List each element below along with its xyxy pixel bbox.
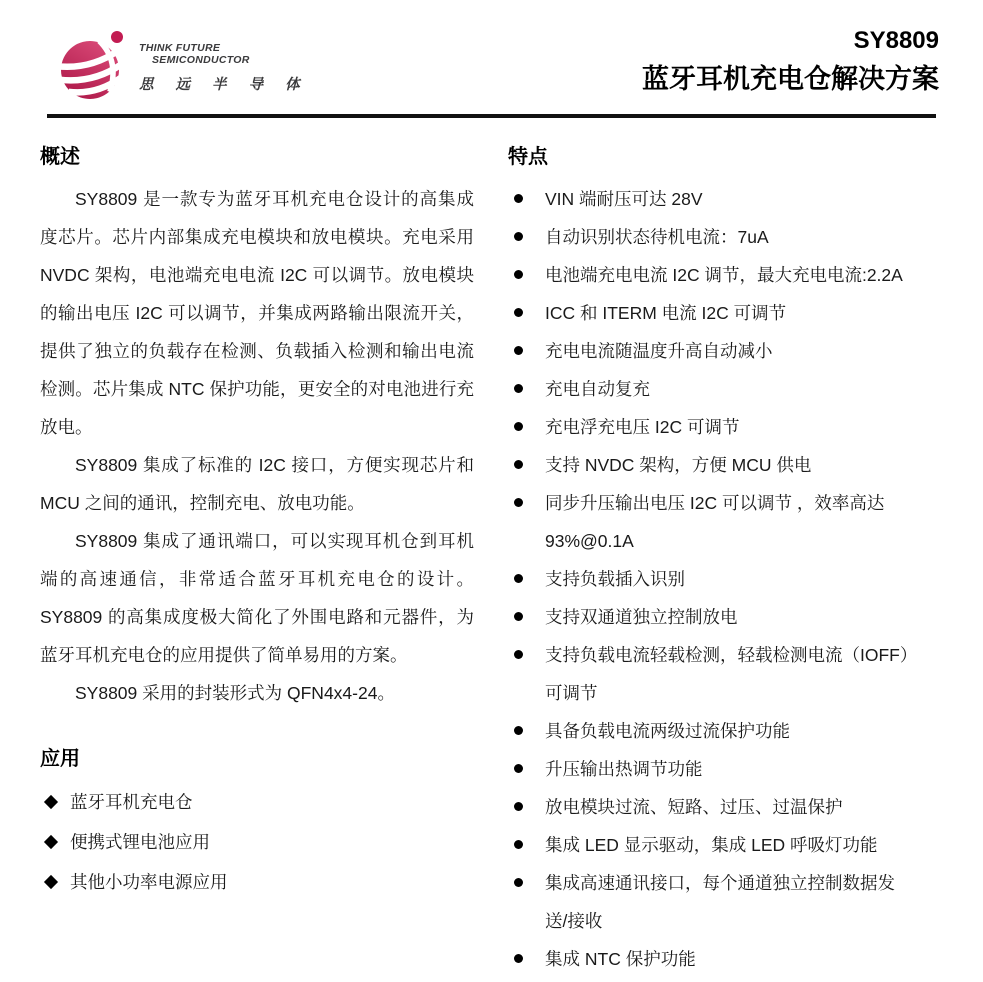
bullet-dot-icon — [514, 840, 523, 849]
application-item: 蓝牙耳机充电仓 — [40, 782, 474, 822]
feature-item-label: 支持双通道独立控制放电 — [545, 598, 945, 636]
feature-item: 充电自动复充 — [508, 370, 945, 408]
bullet-dot-icon — [514, 802, 523, 811]
feature-line: 支持负载电流轻载检测，轻载检测电流（IOFF） — [545, 636, 945, 674]
application-item-label: 便携式锂电池应用 — [70, 822, 210, 862]
feature-item: 充电电流随温度升高自动减小 — [508, 332, 945, 370]
feature-item-label: 集成 LED 显示驱动，集成 LED 呼吸灯功能 — [545, 826, 945, 864]
brand-name-chinese: 思 远 半 导 体 — [139, 73, 309, 94]
overview-heading: 概述 — [40, 143, 474, 171]
application-item: 其他小功率电源应用 — [40, 862, 474, 902]
applications-list: 蓝牙耳机充电仓 便携式锂电池应用 其他小功率电源应用 — [40, 782, 474, 902]
feature-item-label: 电池端充电电流 I2C 调节，最大充电电流:2.2A — [545, 256, 945, 294]
feature-item-label: 具备负载电流两级过流保护功能 — [545, 712, 945, 750]
bullet-diamond-icon — [44, 835, 58, 849]
bullet-dot-icon — [514, 764, 523, 773]
feature-item: 支持 NVDC 架构，方便 MCU 供电 — [508, 446, 945, 484]
features-heading: 特点 — [508, 143, 945, 171]
bullet-dot-icon — [514, 650, 523, 659]
bullet-dot-icon — [514, 232, 523, 241]
feature-item: 升压输出热调节功能 — [508, 750, 945, 788]
header-titles: SY8809 蓝牙耳机充电仓解决方案 — [642, 26, 939, 95]
feature-item-label: VIN 端耐压可达 28V — [545, 180, 945, 218]
application-item-label: 蓝牙耳机充电仓 — [70, 782, 193, 822]
feature-item-label: 放电模块过流、短路、过压、过温保护 — [545, 788, 945, 826]
bullet-dot-icon — [514, 878, 523, 887]
bullet-dot-icon — [514, 194, 523, 203]
feature-item: 集成 NTC 保护功能 — [508, 940, 945, 978]
feature-item: 电池端充电电流 I2C 调节，最大充电电流:2.2A — [508, 256, 945, 294]
bullet-dot-icon — [514, 612, 523, 621]
bullet-dot-icon — [514, 346, 523, 355]
brand-text: THINK FUTURE SEMICONDUCTOR 思 远 半 导 体 — [139, 26, 309, 94]
feature-item-label: 同步升压输出电压 I2C 可以调节 ，效率高达 93%@0.1A — [545, 484, 945, 560]
feature-item: 支持负载电流轻载检测，轻载检测电流（IOFF） 可调节 — [508, 636, 945, 712]
datasheet-page: THINK FUTURE SEMICONDUCTOR 思 远 半 导 体 SY8… — [0, 0, 983, 982]
brand-name-line1: THINK FUTURE — [139, 42, 309, 54]
feature-item-label: 集成高速通讯接口，每个通道独立控制数据发 送/接收 — [545, 864, 945, 940]
application-item: 便携式锂电池应用 — [40, 822, 474, 862]
feature-item: 自动识别状态待机电流：7uA — [508, 218, 945, 256]
feature-item: 支持双通道独立控制放电 — [508, 598, 945, 636]
overview-paragraph-1: SY8809 是一款专为蓝牙耳机充电仓设计的高集成度芯片。芯片内部集成充电模块和… — [40, 180, 474, 446]
page-title: 蓝牙耳机充电仓解决方案 — [642, 63, 939, 95]
content-columns: 概述 SY8809 是一款专为蓝牙耳机充电仓设计的高集成度芯片。芯片内部集成充电… — [0, 118, 983, 978]
feature-item: 同步升压输出电压 I2C 可以调节 ，效率高达 93%@0.1A — [508, 484, 945, 560]
feature-item-label: 升压输出热调节功能 — [545, 750, 945, 788]
overview-paragraph-4: SY8809 采用的封装形式为 QFN4x4-24。 — [40, 674, 474, 712]
bullet-dot-icon — [514, 726, 523, 735]
right-column: 特点 VIN 端耐压可达 28V 自动识别状态待机电流：7uA 电池端充电电流 … — [508, 143, 945, 978]
bullet-dot-icon — [514, 498, 523, 507]
feature-line: 93%@0.1A — [545, 522, 945, 560]
feature-item: 集成高速通讯接口，每个通道独立控制数据发 送/接收 — [508, 864, 945, 940]
feature-item-label: 充电电流随温度升高自动减小 — [545, 332, 945, 370]
application-item-label: 其他小功率电源应用 — [70, 862, 228, 902]
feature-item: VIN 端耐压可达 28V — [508, 180, 945, 218]
brand-globe-icon — [55, 26, 129, 102]
bullet-dot-icon — [514, 460, 523, 469]
bullet-dot-icon — [514, 574, 523, 583]
feature-item: ICC 和 ITERM 电流 I2C 可调节 — [508, 294, 945, 332]
bullet-dot-icon — [514, 384, 523, 393]
feature-item: 放电模块过流、短路、过压、过温保护 — [508, 788, 945, 826]
bullet-dot-icon — [514, 954, 523, 963]
overview-paragraph-2: SY8809 集成了标准的 I2C 接口，方便实现芯片和 MCU 之间的通讯，控… — [40, 446, 474, 522]
feature-item-label: 充电浮充电压 I2C 可调节 — [545, 408, 945, 446]
feature-item: 集成 LED 显示驱动，集成 LED 呼吸灯功能 — [508, 826, 945, 864]
feature-line: 集成高速通讯接口，每个通道独立控制数据发 — [545, 864, 945, 902]
features-list: VIN 端耐压可达 28V 自动识别状态待机电流：7uA 电池端充电电流 I2C… — [508, 180, 945, 978]
bullet-dot-icon — [514, 422, 523, 431]
applications-heading: 应用 — [40, 745, 474, 773]
feature-item-label: 支持负载电流轻载检测，轻载检测电流（IOFF） 可调节 — [545, 636, 945, 712]
overview-paragraph-3: SY8809 集成了通讯端口，可以实现耳机仓到耳机端的高速通信，非常适合蓝牙耳机… — [40, 522, 474, 674]
brand-logo: THINK FUTURE SEMICONDUCTOR 思 远 半 导 体 — [55, 26, 309, 102]
bullet-dot-icon — [514, 270, 523, 279]
bullet-diamond-icon — [44, 795, 58, 809]
feature-item-label: 支持 NVDC 架构，方便 MCU 供电 — [545, 446, 945, 484]
header: THINK FUTURE SEMICONDUCTOR 思 远 半 导 体 SY8… — [0, 0, 983, 102]
feature-line: 可调节 — [545, 674, 945, 712]
feature-line: 送/接收 — [545, 902, 945, 940]
feature-item-label: ICC 和 ITERM 电流 I2C 可调节 — [545, 294, 945, 332]
bullet-diamond-icon — [44, 875, 58, 889]
feature-item: 支持负载插入识别 — [508, 560, 945, 598]
bullet-dot-icon — [514, 308, 523, 317]
feature-item-label: 充电自动复充 — [545, 370, 945, 408]
feature-line: 同步升压输出电压 I2C 可以调节 ，效率高达 — [545, 484, 945, 522]
left-column: 概述 SY8809 是一款专为蓝牙耳机充电仓设计的高集成度芯片。芯片内部集成充电… — [40, 143, 474, 978]
feature-item: 具备负载电流两级过流保护功能 — [508, 712, 945, 750]
feature-item-label: 支持负载插入识别 — [545, 560, 945, 598]
brand-name-line2: SEMICONDUCTOR — [139, 54, 309, 66]
feature-item-label: 自动识别状态待机电流：7uA — [545, 218, 945, 256]
feature-item: 充电浮充电压 I2C 可调节 — [508, 408, 945, 446]
part-number: SY8809 — [642, 28, 939, 54]
feature-item-label: 集成 NTC 保护功能 — [545, 940, 945, 978]
